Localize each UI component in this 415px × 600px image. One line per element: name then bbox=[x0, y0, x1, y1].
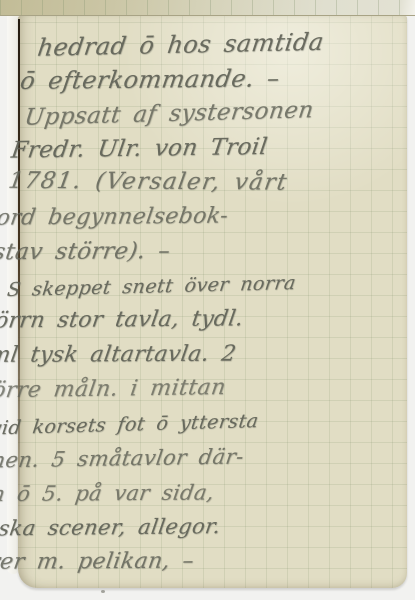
handwritten-line: bibliska scener, allegor. bbox=[0, 508, 323, 546]
handwritten-line: Fredr. Ulr. von Troil bbox=[9, 128, 383, 168]
handwritten-line: ovan ō 5. på var sida, bbox=[0, 474, 328, 511]
adjacent-page-edge bbox=[0, 0, 415, 16]
handwritten-line: hedrad ō hos samtida bbox=[35, 23, 399, 65]
notebook-photo: hedrad ō hos samtida ō efterkommande. – … bbox=[0, 0, 415, 600]
handwritten-note: hedrad ō hos samtida ō efterkommande. – … bbox=[0, 27, 399, 579]
pencil-speck bbox=[101, 590, 105, 593]
handwritten-line: stav större). – bbox=[0, 233, 366, 270]
handwritten-line: dörrn stor tavla, tydl. bbox=[0, 301, 355, 339]
handwritten-line: domen. 5 småtavlor där- bbox=[0, 438, 334, 478]
notebook-page: hedrad ō hos samtida ō efterkommande. – … bbox=[18, 16, 407, 588]
handwritten-line: ord begynnelsebok- bbox=[0, 198, 372, 236]
handwritten-line: gml tysk altartavla. 2 bbox=[0, 337, 350, 373]
handwritten-line: figurer m. pelikan, – bbox=[0, 544, 317, 580]
handwritten-line: 1781. (Versaler, vårt bbox=[6, 164, 377, 201]
